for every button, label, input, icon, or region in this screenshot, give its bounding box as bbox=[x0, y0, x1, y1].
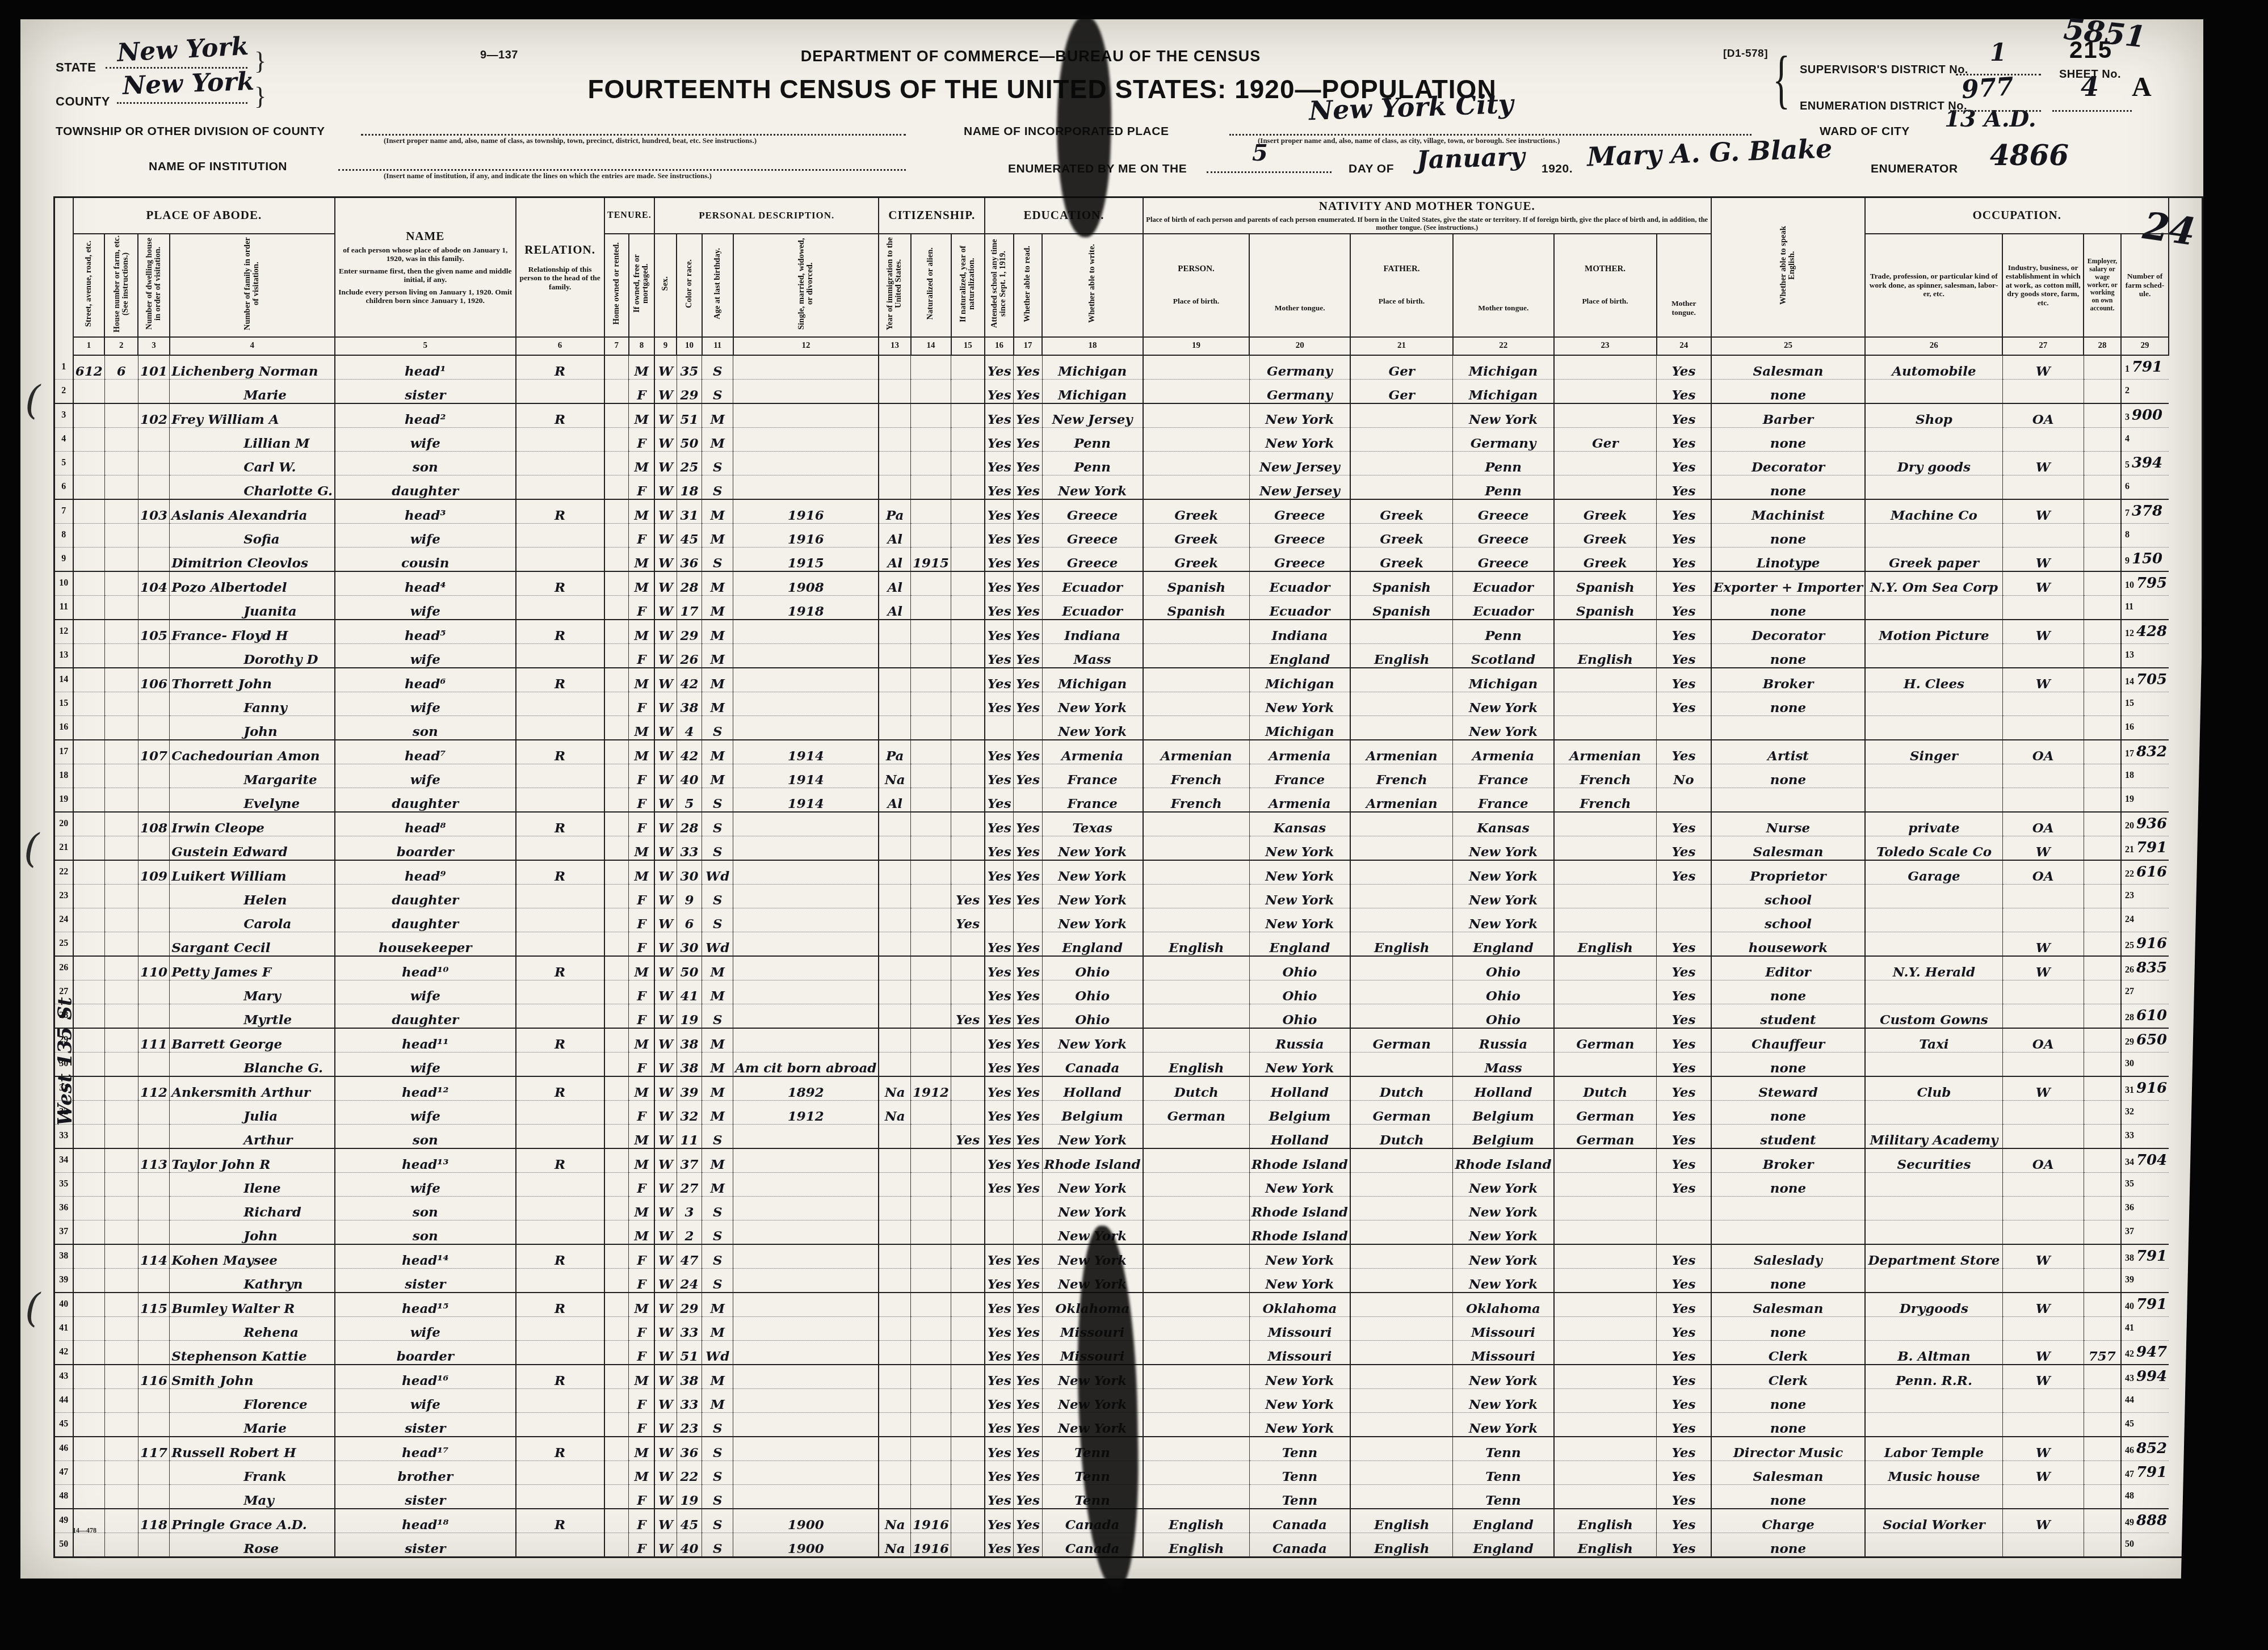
column-marital-header: Single, married, widowed, or di­vorced. bbox=[733, 234, 879, 337]
cell-sex: M bbox=[629, 1028, 654, 1053]
cell-mother-pob: Michigan bbox=[1453, 355, 1554, 380]
line-number-right: 6 bbox=[2121, 475, 2169, 499]
cell-employer bbox=[2002, 908, 2084, 932]
cell-employer: OA bbox=[2002, 403, 2084, 428]
cell-immigration-year: 1916 bbox=[733, 499, 879, 524]
cell-read: Yes bbox=[985, 1244, 1014, 1269]
line-number-right: 44 bbox=[2121, 1388, 2169, 1412]
cell-mother-mt bbox=[1554, 1220, 1657, 1244]
supervisor-label: SUPERVISOR'S DISTRICT No. bbox=[1800, 64, 1968, 77]
cell-marital: M bbox=[702, 692, 733, 715]
line-number-right: 7378 bbox=[2121, 499, 2169, 524]
cell-father-pob: Ecuador bbox=[1249, 571, 1350, 596]
cell-naturalized bbox=[879, 1460, 910, 1484]
cell-father-pob: Missouri bbox=[1249, 1340, 1350, 1365]
line-number-left: 27 bbox=[54, 980, 73, 1004]
column-street-header: Street, avenue, road, etc. bbox=[73, 234, 105, 337]
table-row: 38114Kohen Mayseehead¹⁴RFW47SYesYesNew Y… bbox=[54, 1244, 2203, 1269]
cell-age: 40 bbox=[677, 1533, 702, 1557]
cell-dwelling bbox=[104, 1460, 138, 1484]
cell-english: Yes bbox=[1657, 1268, 1711, 1293]
line-number-left: 20 bbox=[54, 812, 73, 836]
cell-industry: Automobile bbox=[1865, 355, 2002, 380]
cell-school bbox=[951, 571, 985, 596]
cell-dwelling bbox=[104, 403, 138, 428]
cell-dwelling bbox=[104, 427, 138, 451]
cell-write: Yes bbox=[1014, 643, 1042, 668]
cell-father-pob: New York bbox=[1249, 1172, 1350, 1196]
cell-farm bbox=[2084, 956, 2121, 980]
place-line bbox=[1229, 119, 1752, 136]
cell-write: Yes bbox=[1014, 860, 1042, 885]
table-row: 33ArthursonMW11SYesYesYesNew YorkHolland… bbox=[54, 1124, 2203, 1148]
cell-industry bbox=[1865, 523, 2002, 547]
cell-father-pob: New York bbox=[1249, 836, 1350, 860]
column-family-header: Num­ber of family in order of vis­itatio… bbox=[170, 234, 335, 337]
cell-naturalized bbox=[879, 379, 910, 403]
margin-annotation: 791 bbox=[2136, 1296, 2167, 1313]
cell-read: Yes bbox=[985, 403, 1014, 428]
cell-name: Russell Robert H bbox=[170, 1437, 335, 1461]
cell-owned: R bbox=[516, 1076, 604, 1101]
scan-edge-bottom bbox=[0, 1575, 2268, 1650]
cell-industry: private bbox=[1865, 812, 2002, 836]
cell-school bbox=[951, 1437, 985, 1461]
cell-age: 5 bbox=[677, 788, 702, 812]
cell-dwelling bbox=[104, 715, 138, 740]
cell-write bbox=[1014, 715, 1042, 740]
cell-mortgage bbox=[604, 595, 629, 620]
cell-naturalized bbox=[879, 884, 910, 908]
cell-naturalized bbox=[879, 451, 910, 475]
cell-naturalized: Pa bbox=[879, 499, 910, 524]
cell-marital: M bbox=[702, 668, 733, 692]
cell-marital: M bbox=[702, 1293, 733, 1317]
cell-naturalization-year bbox=[911, 812, 951, 836]
cell-industry: Drygoods bbox=[1865, 1293, 2002, 1317]
cell-school bbox=[951, 980, 985, 1004]
table-row: 19EvelynedaughterFW5S1914AlYesFranceFren… bbox=[54, 788, 2203, 812]
cell-write: Yes bbox=[1014, 1388, 1042, 1412]
cell-marital: M bbox=[702, 595, 733, 620]
cell-sex: M bbox=[629, 1196, 654, 1220]
cell-owned bbox=[516, 932, 604, 956]
cell-owned: R bbox=[516, 571, 604, 596]
line-number-left: 34 bbox=[54, 1148, 73, 1173]
cell-family bbox=[138, 692, 169, 715]
cell-dwelling bbox=[104, 1220, 138, 1244]
cell-relation: head¹¹ bbox=[335, 1028, 516, 1053]
line-number-left: 6 bbox=[54, 475, 73, 499]
cell-trade: Steward bbox=[1711, 1076, 1865, 1101]
line-number-left: 3 bbox=[54, 403, 73, 428]
enumeration-label: ENUMERATION DISTRICT No. bbox=[1800, 100, 1967, 113]
cell-naturalized bbox=[879, 1316, 910, 1340]
cell-naturalized bbox=[879, 932, 910, 956]
column-number-16: 16 bbox=[985, 337, 1014, 355]
margin-annotation: 835 bbox=[2136, 959, 2167, 976]
cell-mother-mt: Armenian bbox=[1554, 740, 1657, 764]
cell-farm bbox=[2084, 1124, 2121, 1148]
cell-mortgage bbox=[604, 956, 629, 980]
cell-father-mt: Ger bbox=[1350, 355, 1453, 380]
margin-annotation: 150 bbox=[2132, 550, 2162, 567]
cell-father-mt bbox=[1350, 908, 1453, 932]
cell-age: 33 bbox=[677, 836, 702, 860]
cell-dwelling bbox=[104, 980, 138, 1004]
cell-age: 38 bbox=[677, 1028, 702, 1053]
enumeration-value: 977 bbox=[1960, 72, 2014, 104]
cell-immigration-year: 1908 bbox=[733, 571, 879, 596]
cell-father-mt bbox=[1350, 1340, 1453, 1365]
cell-relation: head¹⁷ bbox=[335, 1437, 516, 1461]
cell-sex: M bbox=[629, 355, 654, 380]
cell-sex: F bbox=[629, 980, 654, 1004]
cell-mother-pob: New York bbox=[1453, 1268, 1554, 1293]
margin-annotation: 791 bbox=[2132, 359, 2162, 376]
cell-mortgage bbox=[604, 1124, 629, 1148]
cell-industry: H. Clees bbox=[1865, 668, 2002, 692]
cell-person-mt bbox=[1143, 692, 1250, 715]
cell-family bbox=[138, 1316, 169, 1340]
cell-house bbox=[73, 451, 105, 475]
cell-mother-pob: Tenn bbox=[1453, 1460, 1554, 1484]
cell-mother-pob: Tenn bbox=[1453, 1484, 1554, 1509]
cell-read: Yes bbox=[985, 571, 1014, 596]
cell-race: W bbox=[654, 1052, 677, 1076]
column-number-5: 5 bbox=[335, 337, 516, 355]
cell-farm bbox=[2084, 475, 2121, 499]
cell-father-pob: New York bbox=[1249, 1052, 1350, 1076]
cell-naturalization-year bbox=[911, 1484, 951, 1509]
cell-dwelling bbox=[104, 836, 138, 860]
cell-person-pob: Indiana bbox=[1042, 620, 1143, 644]
line-number-right: 10795 bbox=[2121, 571, 2169, 596]
cell-age: 45 bbox=[677, 523, 702, 547]
table-row: 17107Cachedourian Amonhead⁷RMW42M1914PaY… bbox=[54, 740, 2203, 764]
line-number-right: 19 bbox=[2121, 788, 2169, 812]
cell-house bbox=[73, 1533, 105, 1557]
cell-employer bbox=[2002, 764, 2084, 788]
cell-race: W bbox=[654, 1293, 677, 1317]
cell-father-mt bbox=[1350, 475, 1453, 499]
column-dwelling-header: Num­ber of dwell­ing house in order of v… bbox=[138, 234, 169, 337]
cell-age: 18 bbox=[677, 475, 702, 499]
cell-person-pob: Greece bbox=[1042, 523, 1143, 547]
cell-industry: Dry goods bbox=[1865, 451, 2002, 475]
cell-dwelling bbox=[104, 860, 138, 885]
cell-age: 24 bbox=[677, 1268, 702, 1293]
cell-race: W bbox=[654, 1268, 677, 1293]
cell-employer bbox=[2002, 1220, 2084, 1244]
cell-english: Yes bbox=[1657, 1052, 1711, 1076]
cell-age: 30 bbox=[677, 932, 702, 956]
margin-annotation: 704 bbox=[2136, 1152, 2167, 1169]
cell-person-mt bbox=[1143, 1172, 1250, 1196]
line-number-left: 2 bbox=[54, 379, 73, 403]
cell-naturalized: Na bbox=[879, 1100, 910, 1124]
cell-industry bbox=[1865, 932, 2002, 956]
margin-annotation: 791 bbox=[2136, 1464, 2167, 1481]
cell-mother-mt bbox=[1554, 836, 1657, 860]
district-brace: { bbox=[1773, 42, 1790, 117]
cell-owned bbox=[516, 523, 604, 547]
column-nat-header: Naturalized or alien. bbox=[911, 234, 951, 337]
cell-sex: F bbox=[629, 475, 654, 499]
cell-mother-mt bbox=[1554, 355, 1657, 380]
table-row: 14106Thorrett Johnhead⁶RMW42MYesYesMichi… bbox=[54, 668, 2203, 692]
cell-age: 35 bbox=[677, 355, 702, 380]
cell-farm bbox=[2084, 1293, 2121, 1317]
margin-annotation: 378 bbox=[2132, 503, 2162, 520]
cell-family bbox=[138, 1220, 169, 1244]
cell-family bbox=[138, 595, 169, 620]
line-number-right: 26835 bbox=[2121, 956, 2169, 980]
cell-father-pob: Greece bbox=[1249, 499, 1350, 524]
cell-father-mt bbox=[1350, 451, 1453, 475]
township-line bbox=[361, 119, 906, 136]
cell-marital: S bbox=[702, 1412, 733, 1437]
cell-farm bbox=[2084, 980, 2121, 1004]
table-row: 15FannywifeFW38MYesYesNew YorkNew YorkNe… bbox=[54, 692, 2203, 715]
cell-mortgage bbox=[604, 1268, 629, 1293]
cell-sex: F bbox=[629, 1340, 654, 1365]
column-number-27: 27 bbox=[2002, 337, 2084, 355]
cell-industry: Military Academy bbox=[1865, 1124, 2002, 1148]
margin-annotation: 916 bbox=[2136, 1080, 2167, 1097]
cell-school bbox=[951, 547, 985, 571]
cell-sex: M bbox=[629, 571, 654, 596]
line-number-left: 14 bbox=[54, 668, 73, 692]
enumerator-label: ENUMERATOR bbox=[1871, 162, 1958, 176]
cell-trade: none bbox=[1711, 1052, 1865, 1076]
line-number-left: 19 bbox=[54, 788, 73, 812]
cell-mother-mt bbox=[1554, 1460, 1657, 1484]
cell-family bbox=[138, 884, 169, 908]
line-number-right: 4 bbox=[2121, 427, 2169, 451]
cell-trade: none bbox=[1711, 1412, 1865, 1437]
cell-age: 41 bbox=[677, 980, 702, 1004]
cell-relation: daughter bbox=[335, 475, 516, 499]
cell-age: 3 bbox=[677, 1196, 702, 1220]
cell-person-mt bbox=[1143, 475, 1250, 499]
cell-mother-mt: Dutch bbox=[1554, 1076, 1657, 1101]
table-row: 22109Luikert Williamhead⁹RMW30WdYesYesNe… bbox=[54, 860, 2203, 885]
cell-mother-mt: English bbox=[1554, 643, 1657, 668]
cell-naturalization-year bbox=[911, 1196, 951, 1220]
cell-mother-pob: New York bbox=[1453, 1244, 1554, 1269]
margin-annotation: 650 bbox=[2136, 1032, 2167, 1049]
cell-mother-pob: New York bbox=[1453, 403, 1554, 428]
cell-naturalized: Al bbox=[879, 595, 910, 620]
group-nativity: NATIVITY AND MOTHER TONGUE.Place of birt… bbox=[1143, 197, 1711, 234]
line-number-right: 18 bbox=[2121, 764, 2169, 788]
cell-sex: F bbox=[629, 908, 654, 932]
cell-immigration-year: 1892 bbox=[733, 1076, 879, 1101]
cell-name: Luikert William bbox=[170, 860, 335, 885]
cell-naturalized: Pa bbox=[879, 740, 910, 764]
column-number-4: 4 bbox=[170, 337, 335, 355]
cell-industry: Securities bbox=[1865, 1148, 2002, 1173]
cell-father-pob: Rhode Island bbox=[1249, 1148, 1350, 1173]
cell-industry bbox=[1865, 1533, 2002, 1557]
cell-naturalized: Na bbox=[879, 1076, 910, 1101]
group-citizenship: CITIZENSHIP. bbox=[879, 197, 985, 234]
cell-father-mt bbox=[1350, 403, 1453, 428]
cell-marital: S bbox=[702, 812, 733, 836]
line-number-right: 2 bbox=[2121, 379, 2169, 403]
column-write-header: Whether able to write. bbox=[1042, 234, 1143, 337]
cell-read: Yes bbox=[985, 1484, 1014, 1509]
cell-father-pob: Tenn bbox=[1249, 1460, 1350, 1484]
cell-school bbox=[951, 1220, 985, 1244]
cell-relation: head¹⁵ bbox=[335, 1293, 516, 1317]
column-number-20: 20 bbox=[1249, 337, 1350, 355]
cell-age: 36 bbox=[677, 547, 702, 571]
cell-school bbox=[951, 403, 985, 428]
cell-naturalized bbox=[879, 1220, 910, 1244]
cell-relation: sister bbox=[335, 1268, 516, 1293]
cell-naturalization-year bbox=[911, 1293, 951, 1317]
cell-write: Yes bbox=[1014, 403, 1042, 428]
cell-immigration-year bbox=[733, 692, 879, 715]
cell-english: Yes bbox=[1657, 980, 1711, 1004]
cell-family bbox=[138, 523, 169, 547]
cell-naturalized bbox=[879, 427, 910, 451]
cell-farm bbox=[2084, 1052, 2121, 1076]
cell-person-mt bbox=[1143, 1004, 1250, 1028]
cell-industry: Music house bbox=[1865, 1460, 2002, 1484]
cell-farm bbox=[2084, 1437, 2121, 1461]
cell-mother-pob: France bbox=[1453, 764, 1554, 788]
cell-father-mt bbox=[1350, 1196, 1453, 1220]
cell-family: 105 bbox=[138, 620, 169, 644]
cell-dwelling bbox=[104, 643, 138, 668]
column-age-header: Age at last birth­day. bbox=[702, 234, 733, 337]
cell-person-mt bbox=[1143, 1316, 1250, 1340]
cell-farm bbox=[2084, 1484, 2121, 1509]
cell-relation: boarder bbox=[335, 1340, 516, 1365]
cell-mother-mt: Greek bbox=[1554, 499, 1657, 524]
cell-sex: F bbox=[629, 788, 654, 812]
cell-person-pob: Armenia bbox=[1042, 740, 1143, 764]
cell-father-pob: England bbox=[1249, 932, 1350, 956]
cell-sex: F bbox=[629, 643, 654, 668]
cell-mother-mt bbox=[1554, 715, 1657, 740]
cell-naturalization-year bbox=[911, 1100, 951, 1124]
cell-employer bbox=[2002, 427, 2084, 451]
cell-race: W bbox=[654, 764, 677, 788]
cell-naturalized bbox=[879, 1196, 910, 1220]
cell-employer: OA bbox=[2002, 860, 2084, 885]
cell-industry: Club bbox=[1865, 1076, 2002, 1101]
cell-father-pob: New York bbox=[1249, 403, 1350, 428]
cell-dwelling bbox=[104, 1484, 138, 1509]
cell-read: Yes bbox=[985, 764, 1014, 788]
cell-age: 51 bbox=[677, 1340, 702, 1365]
cell-father-pob: Michigan bbox=[1249, 715, 1350, 740]
cell-sex: M bbox=[629, 1124, 654, 1148]
cell-employer bbox=[2002, 1196, 2084, 1220]
cell-school bbox=[951, 499, 985, 524]
cell-house bbox=[73, 764, 105, 788]
cell-dwelling bbox=[104, 956, 138, 980]
cell-farm bbox=[2084, 668, 2121, 692]
cell-employer: W bbox=[2002, 1460, 2084, 1484]
cell-farm bbox=[2084, 499, 2121, 524]
cell-father-pob: Canada bbox=[1249, 1533, 1350, 1557]
cell-mother-mt bbox=[1554, 1484, 1657, 1509]
column-number-12: 12 bbox=[733, 337, 879, 355]
cell-trade: none bbox=[1711, 1388, 1865, 1412]
cell-immigration-year: 1918 bbox=[733, 595, 879, 620]
cell-immigration-year bbox=[733, 1412, 879, 1437]
line-number-right: 23 bbox=[2121, 884, 2169, 908]
cell-read: Yes bbox=[985, 451, 1014, 475]
cell-father-mt bbox=[1350, 1004, 1453, 1028]
cell-mortgage bbox=[604, 427, 629, 451]
line-number-left: 9 bbox=[54, 547, 73, 571]
cell-marital: S bbox=[702, 1437, 733, 1461]
cell-relation: wife bbox=[335, 764, 516, 788]
pen-mark-3: ( bbox=[25, 1285, 40, 1331]
cell-dwelling bbox=[104, 908, 138, 932]
cell-mother-mt bbox=[1554, 908, 1657, 932]
cell-naturalization-year bbox=[911, 1004, 951, 1028]
cell-write: Yes bbox=[1014, 884, 1042, 908]
cell-trade: none bbox=[1711, 379, 1865, 403]
cell-person-pob: France bbox=[1042, 764, 1143, 788]
enumerated-day: 5 bbox=[1252, 140, 1268, 166]
cell-write: Yes bbox=[1014, 499, 1042, 524]
cell-immigration-year bbox=[733, 1004, 879, 1028]
cell-english: Yes bbox=[1657, 1124, 1711, 1148]
column-number-14: 14 bbox=[911, 337, 951, 355]
cell-industry bbox=[1865, 1412, 2002, 1437]
cell-person-mt bbox=[1143, 1412, 1250, 1437]
cell-race: W bbox=[654, 499, 677, 524]
cell-farm bbox=[2084, 1268, 2121, 1293]
cell-naturalization-year bbox=[911, 1172, 951, 1196]
column-number-29: 29 bbox=[2121, 337, 2169, 355]
cell-sex: F bbox=[629, 1004, 654, 1028]
cell-trade: none bbox=[1711, 1484, 1865, 1509]
cell-family: 109 bbox=[138, 860, 169, 885]
scanned-census-page: 9—137 STATE New York } COUNTY New York }… bbox=[0, 0, 2268, 1650]
column-relation-header: RELATION.Relationship of this person to … bbox=[516, 197, 604, 337]
cell-dwelling bbox=[104, 1509, 138, 1533]
cell-mother-pob: New York bbox=[1453, 1388, 1554, 1412]
cell-name: Taylor John R bbox=[170, 1148, 335, 1173]
cell-mother-mt bbox=[1554, 1412, 1657, 1437]
cell-relation: head¹³ bbox=[335, 1148, 516, 1173]
county-value: New York bbox=[122, 67, 255, 100]
cell-english: Yes bbox=[1657, 1460, 1711, 1484]
cell-person-mt: Greek bbox=[1143, 499, 1250, 524]
cell-trade: none bbox=[1711, 595, 1865, 620]
cell-person-pob: Ohio bbox=[1042, 1004, 1143, 1028]
cell-father-mt: German bbox=[1350, 1100, 1453, 1124]
cell-family bbox=[138, 788, 169, 812]
cell-name: John bbox=[170, 715, 335, 740]
cell-trade: none bbox=[1711, 1100, 1865, 1124]
cell-age: 9 bbox=[677, 884, 702, 908]
cell-owned bbox=[516, 1340, 604, 1365]
cell-immigration-year bbox=[733, 1460, 879, 1484]
cell-father-pob: New York bbox=[1249, 1268, 1350, 1293]
cell-farm bbox=[2084, 643, 2121, 668]
cell-father-mt: Armenian bbox=[1350, 788, 1453, 812]
